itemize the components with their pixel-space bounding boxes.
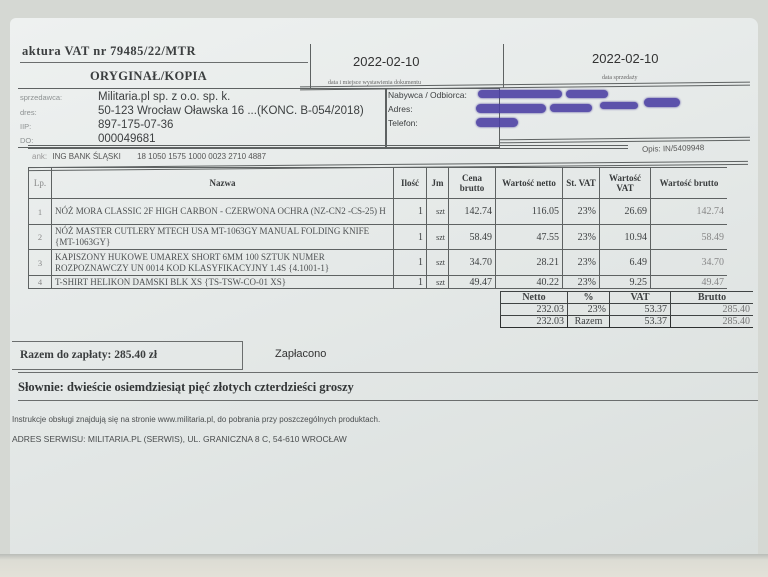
summary-net: 232.03 [501,304,568,316]
redacted-buyer-address [476,104,546,113]
row-gross-price: 49.47 [449,276,496,289]
redacted-buyer-name [478,90,562,98]
row-net-value: 28.21 [496,250,563,276]
row-vat-rate: 23% [563,199,600,225]
divider [18,372,758,373]
summary-total-row: 232.03 Razem 53.37 285.40 [501,316,754,328]
row-name: NÓŻ MASTER CUTLERY MTECH USA MT-1063GY M… [52,225,394,250]
divider [18,400,758,401]
divider [310,44,311,88]
summary-header-gross: Brutto [671,292,754,304]
summary-total-net: 232.03 [501,316,568,328]
header-gross-value: Wartość brutto [651,168,728,199]
seller-nip-label: IIP: [20,122,31,131]
row-net-value: 116.05 [496,199,563,225]
bank-info: ank: ING BANK ŚLĄSKI 18 1050 1575 1000 0… [32,152,266,161]
issue-date: 2022-02-10 [353,54,420,69]
header-qty: Ilość [394,168,427,199]
summary-header-rate: % [568,292,610,304]
sale-date: 2022-02-10 [592,51,659,66]
items-table-header: Lp. Nazwa Ilość Jm Cena brutto Wartość n… [29,168,728,199]
row-net-value: 47.55 [496,225,563,250]
seller-address-label: dres: [20,108,37,117]
row-net-value: 40.22 [496,276,563,289]
row-gross-price: 58.49 [449,225,496,250]
summary-table: Netto % VAT Brutto 232.03 23% 53.37 285.… [500,291,753,328]
seller-name: Militaria.pl sp. z o.o. sp. k. [98,91,230,103]
table-row: 3 KAPISZONY HUKOWE UMAREX SHORT 6MM 100 … [29,250,728,276]
table-surface [0,554,768,577]
divider [503,44,504,88]
summary-total-label: Razem [568,316,610,328]
redacted-buyer-address [644,98,680,107]
row-name: NÓŻ MORA CLASSIC 2F HIGH CARBON - CZERWO… [52,199,394,225]
buyer-label: Nabywca / Odbiorca: [388,90,467,100]
row-lp: 4 [29,276,52,289]
instructions-note: Instrukcje obsługi znajdują się na stron… [12,415,380,424]
row-vat-value: 6.49 [600,250,651,276]
row-gross-price: 142.74 [449,199,496,225]
row-name: KAPISZONY HUKOWE UMAREX SHORT 6MM 100 SZ… [52,250,394,276]
row-gross-value: 34.70 [651,250,728,276]
header-unit: Jm [427,168,449,199]
summary-header: Netto % VAT Brutto [501,292,754,304]
bank-label: ank: [32,152,47,161]
description: Opis: IN/5409948 [642,143,704,154]
divider [20,62,308,63]
header-vat-rate: St. VAT [563,168,600,199]
summary-header-vat: VAT [610,292,671,304]
summary-rate: 23% [568,304,610,316]
copy-label: ORYGINAŁ/KOPIA [90,69,207,84]
row-lp: 1 [29,199,52,225]
bank-name: ING BANK ŚLĄSKI [52,152,120,161]
header-gross-price: Cena brutto [449,168,496,199]
table-row: 2 NÓŻ MASTER CUTLERY MTECH USA MT-1063GY… [29,225,728,250]
row-qty: 1 [394,225,427,250]
row-qty: 1 [394,276,427,289]
table-row: 1 NÓŻ MORA CLASSIC 2F HIGH CARBON - CZER… [29,199,728,225]
row-vat-value: 26.69 [600,199,651,225]
header-net-value: Wartość netto [496,168,563,199]
seller-address: 50-123 Wrocław Oławska 16 ...(KONC. B-05… [98,105,364,117]
row-unit: szt [427,276,449,289]
summary-total-gross: 285.40 [671,316,754,328]
seller-nip: 897-175-07-36 [98,119,173,131]
seller-label: sprzedawca: [20,93,62,102]
payment-status: Zapłacono [275,348,326,360]
summary-row: 232.03 23% 53.37 285.40 [501,304,754,316]
header-name: Nazwa [52,168,394,199]
header-vat-value: Wartość VAT [600,168,651,199]
bank-account: 18 1050 1575 1000 0023 2710 4887 [137,152,266,161]
summary-vat: 53.37 [610,304,671,316]
row-vat-rate: 23% [563,225,600,250]
redacted-buyer-phone [476,118,518,127]
sale-date-caption: data sprzedaży [602,75,637,81]
row-qty: 1 [394,199,427,225]
redacted-buyer-address [600,102,638,109]
row-unit: szt [427,250,449,276]
row-vat-rate: 23% [563,250,600,276]
summary-gross: 285.40 [671,304,754,316]
row-gross-value: 58.49 [651,225,728,250]
row-unit: szt [427,225,449,250]
row-lp: 3 [29,250,52,276]
table-row: 4 T-SHIRT HELIKON DAMSKI BLK XS {TS-TSW-… [29,276,728,289]
invoice-title: aktura VAT nr 79485/22/MTR [22,44,196,59]
row-vat-value: 9.25 [600,276,651,289]
divider [28,145,628,149]
redacted-buyer-address [550,104,592,112]
total-due: Razem do zapłaty: 285.40 zł [20,349,157,361]
redacted-buyer-name [566,90,608,98]
seller-bdo: 000049681 [98,133,156,145]
row-gross-value: 49.47 [651,276,728,289]
header-lp: Lp. [29,168,52,199]
row-unit: szt [427,199,449,225]
service-address: ADRES SERWISU: MILITARIA.PL (SERWIS), UL… [12,434,347,444]
buyer-phone-label: Telefon: [388,118,418,128]
row-gross-value: 142.74 [651,199,728,225]
row-vat-value: 10.94 [600,225,651,250]
buyer-address-label: Adres: [388,104,413,114]
amount-in-words: Słownie: dwieście osiemdziesiąt pięć zło… [18,380,354,395]
row-lp: 2 [29,225,52,250]
row-name: T-SHIRT HELIKON DAMSKI BLK XS {TS-TSW-CO… [52,276,394,289]
summary-header-net: Netto [501,292,568,304]
items-table: Lp. Nazwa Ilość Jm Cena brutto Wartość n… [28,167,727,289]
row-vat-rate: 23% [563,276,600,289]
summary-total-vat: 53.37 [610,316,671,328]
row-gross-price: 34.70 [449,250,496,276]
seller-bdo-label: DO: [20,136,33,145]
row-qty: 1 [394,250,427,276]
